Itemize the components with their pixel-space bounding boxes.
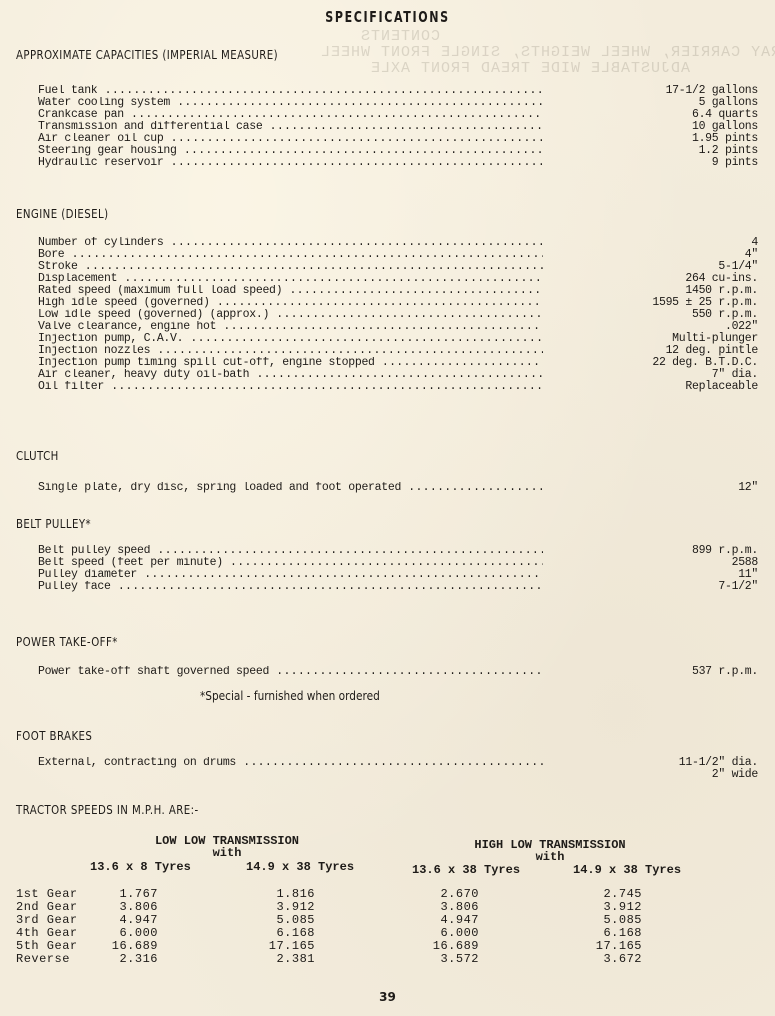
- page-title: SPECIFICATIONS: [70, 8, 706, 26]
- spec-row: Hydraulic reservoir9 pints: [38, 157, 758, 169]
- speed-cell: 17.165: [596, 939, 642, 953]
- spec-row: Injection pump timing spill cut-off, eng…: [38, 357, 758, 369]
- speed-cell: 2.316: [119, 952, 158, 966]
- speed-cell: 4.947: [440, 913, 479, 927]
- spec-row: High idle speed (governed)1595 ± 25 r.p.…: [38, 297, 758, 309]
- spec-row: Valve clearance, engine hot.022": [38, 321, 758, 333]
- bleed-through-text: CONTENTS: [360, 28, 440, 45]
- speed-cell: 16.689: [433, 939, 479, 953]
- table-group-header-with: with: [152, 846, 302, 860]
- spec-row: Single plate, dry disc, spring loaded an…: [38, 482, 758, 494]
- spec-row: Power take-off shaft governed speed537 r…: [38, 666, 758, 678]
- speed-cell: 1.767: [119, 887, 158, 901]
- spec-row: Steering gear housing1.2 pints: [38, 145, 758, 157]
- speed-cell: 6.000: [440, 926, 479, 940]
- section-heading-engine: ENGINE (DIESEL): [16, 207, 109, 221]
- spec-row: Bore4": [38, 249, 758, 261]
- spec-row: Low idle speed (governed) (approx.)550 r…: [38, 309, 758, 321]
- column-header: 13.6 x 38 Tyres: [412, 863, 520, 877]
- spec-row: Stroke5-1/4": [38, 261, 758, 273]
- spec-row: Oil filterReplaceable: [38, 381, 758, 393]
- speed-cell: 3.912: [603, 900, 642, 914]
- spec-row: Injection nozzles12 deg. pintle: [38, 345, 758, 357]
- speed-cell: 6.000: [119, 926, 158, 940]
- speed-cell: 3.672: [603, 952, 642, 966]
- spec-row: Displacement264 cu-ins.: [38, 273, 758, 285]
- section-heading-pto: POWER TAKE-OFF*: [16, 635, 118, 649]
- page-number: 39: [0, 990, 775, 1004]
- spec-row: Injection pump, C.A.V.Multi-plunger: [38, 333, 758, 345]
- speed-cell: 3.572: [440, 952, 479, 966]
- speed-cell: 5.085: [603, 913, 642, 927]
- bleed-through-text: ADJUSTABLE WIDE TREAD FRONT AXLE: [370, 60, 690, 77]
- spec-row: Transmission and differential case10 gal…: [38, 121, 758, 133]
- spec-row: Fuel tank17-1/2 gallons: [38, 85, 758, 97]
- speed-cell: 2.381: [276, 952, 315, 966]
- spec-row: Water cooling system5 gallons: [38, 97, 758, 109]
- gear-label: 4th Gear: [16, 926, 78, 940]
- gear-label: 3rd Gear: [16, 913, 78, 927]
- spec-row: Pulley face7-1/2": [38, 581, 758, 593]
- speed-cell: 3.912: [276, 900, 315, 914]
- gear-label: 1st Gear: [16, 887, 78, 901]
- gear-label: Reverse: [16, 952, 70, 966]
- speed-cell: 6.168: [276, 926, 315, 940]
- footnote-special: *Special - furnished when ordered: [200, 689, 380, 703]
- speed-cell: 3.806: [440, 900, 479, 914]
- section-heading-tractor-speeds: TRACTOR SPEEDS IN M.P.H. ARE:-: [16, 803, 199, 817]
- column-header: 14.9 x 38 Tyres: [573, 863, 681, 877]
- speed-cell: 1.816: [276, 887, 315, 901]
- speed-cell: 16.689: [112, 939, 158, 953]
- spec-page: CONTENTS KNAPSACK SPRAY CARRIER, WHEEL W…: [0, 0, 775, 1016]
- spec-row: External, contracting on drums11-1/2" di…: [38, 757, 758, 769]
- column-header: 13.6 x 8 Tyres: [90, 860, 191, 874]
- spec-row-continued: 2" wide: [38, 769, 758, 781]
- speed-cell: 17.165: [269, 939, 315, 953]
- section-heading-belt-pulley: BELT PULLEY*: [16, 517, 91, 531]
- spec-row: Belt speed (feet per minute)2588: [38, 557, 758, 569]
- speed-cell: 3.806: [119, 900, 158, 914]
- section-heading-clutch: CLUTCH: [16, 449, 59, 463]
- spec-row: Crankcase pan6.4 quarts: [38, 109, 758, 121]
- spec-row: Pulley diameter11": [38, 569, 758, 581]
- spec-row: Air cleaner oil cup1.95 pints: [38, 133, 758, 145]
- section-heading-foot-brakes: FOOT BRAKES: [16, 729, 92, 743]
- spec-row: Air cleaner, heavy duty oil-bath7" dia.: [38, 369, 758, 381]
- gear-label: 2nd Gear: [16, 900, 78, 914]
- section-heading-capacities: APPROXIMATE CAPACITIES (IMPERIAL MEASURE…: [16, 48, 278, 62]
- gear-label: 5th Gear: [16, 939, 78, 953]
- speed-cell: 4.947: [119, 913, 158, 927]
- bleed-through-text: KNAPSACK SPRAY CARRIER, WHEEL WEIGHTS, S…: [320, 44, 775, 61]
- speed-cell: 2.670: [440, 887, 479, 901]
- spec-row: Number of cylinders4: [38, 237, 758, 249]
- speed-cell: 6.168: [603, 926, 642, 940]
- spec-row: Rated speed (maximum full load speed)145…: [38, 285, 758, 297]
- speed-cell: 2.745: [603, 887, 642, 901]
- column-header: 14.9 x 38 Tyres: [246, 860, 354, 874]
- table-group-header-with: with: [470, 850, 630, 864]
- speed-cell: 5.085: [276, 913, 315, 927]
- spec-row: Belt pulley speed899 r.p.m.: [38, 545, 758, 557]
